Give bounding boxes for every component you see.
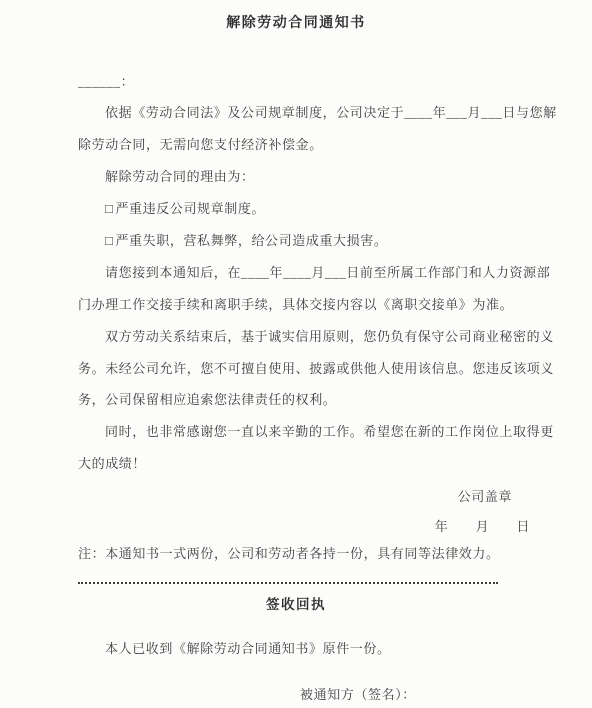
- para4-line1: 双方劳动关系结束后，基于诚实信用原则，您仍负有保守公司商业秘密的义: [78, 329, 512, 345]
- reason-option-1-label: 严重违反公司规章制度。: [115, 201, 265, 216]
- company-seal-label: 公司盖章: [78, 489, 512, 505]
- reason-option-2-label: 严重失职，营私舞弊，给公司造成重大损害。: [115, 233, 387, 248]
- date-blank-line: 年 月 日: [78, 519, 530, 535]
- checkbox-icon[interactable]: □: [105, 233, 113, 249]
- para4-line2: 务。未经公司允许，您不可擅自使用、披露或供他人使用该信息。您违反该项义: [78, 361, 512, 377]
- recipient-name-blank: ______：: [78, 74, 512, 90]
- checkbox-icon[interactable]: □: [105, 201, 113, 217]
- document-title: 解除劳动合同通知书: [0, 12, 592, 32]
- para5-line2: 大的成绩！: [78, 456, 512, 472]
- para3-line2: 门办理工作交接手续和离职手续，具体交接内容以《离职交接单》为准。: [78, 297, 512, 313]
- reason-option-1: □严重违反公司规章制度。: [78, 201, 512, 217]
- receipt-confirmation: 本人已收到《解除劳动合同通知书》原件一份。: [78, 641, 512, 657]
- para3-line1: 请您接到本通知后，在____年____月___日前至所属工作部门和人力资源部: [78, 265, 512, 281]
- para4-line3: 务，公司保留相应追索您法律责任的权利。: [78, 392, 512, 408]
- dotted-divider: [78, 582, 498, 584]
- document-page: 解除劳动合同通知书 ______： 依据《劳动合同法》及公司规章制度，公司决定于…: [0, 0, 592, 708]
- note-line: 注：本通知书一式两份，公司和劳动者各持一份，具有同等法律效力。: [78, 546, 512, 562]
- para1-line1: 依据《劳动合同法》及公司规章制度，公司决定于____年___月___日与您解: [78, 105, 512, 121]
- reason-intro: 解除劳动合同的理由为：: [78, 169, 512, 185]
- notified-party-signature-label: 被通知方（签名）：: [300, 684, 416, 703]
- reason-option-2: □严重失职，营私舞弊，给公司造成重大损害。: [78, 233, 512, 249]
- receipt-heading: 签收回执: [0, 593, 592, 613]
- para5-line1: 同时，也非常感谢您一直以来辛勤的工作。希望您在新的工作岗位上取得更: [78, 424, 512, 440]
- para1-line2: 除劳动合同，无需向您支付经济补偿金。: [78, 137, 512, 153]
